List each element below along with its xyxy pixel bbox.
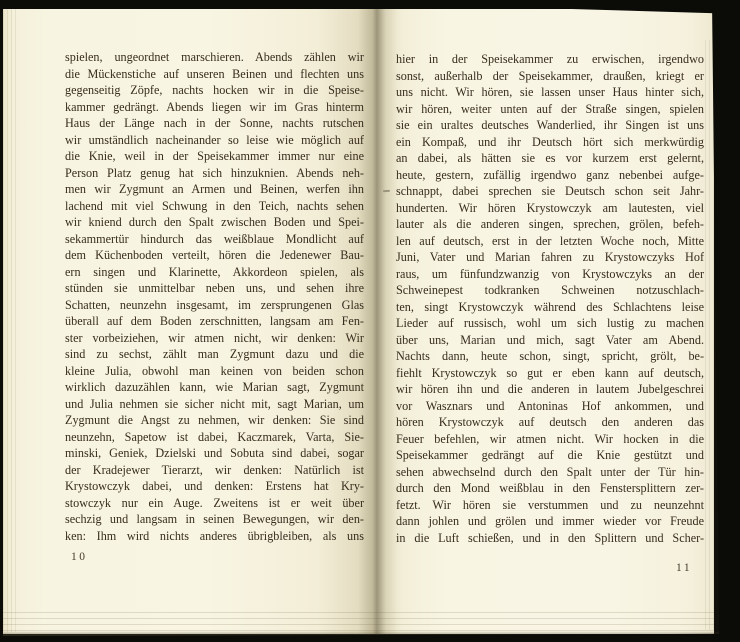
- text-line: Zygmunt die Angst zu nehmen, wir denken:…: [65, 412, 364, 429]
- text-line: durch den Mond weißblau in den Fenstersp…: [396, 480, 704, 497]
- text-line: men wir Zygmunt an Armen und Beinen, wer…: [65, 181, 364, 198]
- text-line: an dabei, als hätten sie es vor kurzem e…: [396, 150, 704, 167]
- text-line: überall auf dem Boden zerschnitten, lang…: [65, 313, 364, 330]
- text-line: fiehlt Krystowczyk so gut er eben kann a…: [396, 365, 704, 382]
- text-line: ster vorbeiziehen, wir atmen nicht, wir …: [65, 330, 364, 347]
- text-line: Krystowczyk dabei, und denken: Erstens h…: [65, 478, 364, 495]
- text-line: Speisekammer gedrängt auf die Knie gestü…: [396, 447, 704, 464]
- photo-border-left: [0, 0, 3, 642]
- right-fore-edge-pages: [705, 40, 714, 630]
- text-line: Schatten, neunzehn insgesamt, im zerspru…: [65, 297, 364, 314]
- text-line: sehen abwechselnd durch den Spalt unter …: [396, 464, 704, 481]
- text-line: ein Kompaß, und ihr Deutsch hört sich me…: [396, 134, 704, 151]
- left-fore-edge-pages: [3, 8, 17, 632]
- text-line: Lieder auf russisch, wohl um sich lustig…: [396, 315, 704, 332]
- text-line: wir hören ihn und die anderen in lautem …: [396, 381, 704, 398]
- text-line: raus, um fünfundzwanzig von Krystowczyks…: [396, 266, 704, 283]
- text-line: ten, singt Krystowczyk während des Schla…: [396, 299, 704, 316]
- text-line: Schweinepest todkranken Schweinen notzus…: [396, 282, 704, 299]
- text-line: stünden sie unmittelbar neben uns, und s…: [65, 280, 364, 297]
- photo-border-right: [712, 0, 740, 642]
- page-number-left: 10: [71, 551, 88, 563]
- text-line: kammer gedrängt. Abends liegen wir im Gr…: [65, 99, 364, 116]
- text-line: len auf deutsch, erst in der letzten Woc…: [396, 233, 704, 250]
- text-line: kleine Julia, obwohl man keinen von beid…: [65, 363, 364, 380]
- text-line: dann johlen und grölen und immer wieder …: [396, 513, 704, 530]
- text-line: ern singen und Klarinette, Akkordeon spi…: [65, 264, 364, 281]
- text-line: wirklich dazuzählen kann, wie Marian sag…: [65, 379, 364, 396]
- text-line: über uns, Marian und mich, sagt Vater am…: [396, 332, 704, 349]
- text-line: minski, Geniek, Dzielski und Sobuta sind…: [65, 445, 364, 462]
- bottom-page-stack: [3, 607, 714, 633]
- text-line: spielen, ungeordnet marschieren. Abends …: [65, 49, 364, 66]
- page-number-right: 11: [676, 562, 692, 574]
- text-line: sekammertür hindurch das weißblaue Mondl…: [65, 231, 364, 248]
- text-line: dem Küchenboden verteilt, hören die Jede…: [65, 247, 364, 264]
- text-line: lachend mit viel Schwung in den Teich, n…: [65, 198, 364, 215]
- text-line: uns nicht. Wir hören, sie lassen unser H…: [396, 84, 704, 101]
- text-line: hier in der Speisekammer zu erwischen, i…: [396, 51, 704, 68]
- text-line: die Knie, weil in der Speisekammer immer…: [65, 148, 364, 165]
- text-line: lauter als die anderen singen, sprechen,…: [396, 216, 704, 233]
- right-page-text: hier in der Speisekammer zu erwischen, i…: [396, 51, 704, 546]
- text-line: wir umständlich nacheinander so leise wi…: [65, 132, 364, 149]
- text-line: wir kniend durch den Spalt zwischen Bode…: [65, 214, 364, 231]
- text-line: sonst, außerhalb der Speisekammer, drauß…: [396, 68, 704, 85]
- text-line: stowczyk nur ein Auge. Zweitens ist er w…: [65, 495, 364, 512]
- text-line: schnappt, dabei sprechen sie Deutsch sch…: [396, 183, 704, 200]
- text-line: ken: Ihm wird nichts anderes übrigbleibe…: [65, 528, 364, 545]
- text-line: sind zu sechst, zählt man Zygmunt dazu u…: [65, 346, 364, 363]
- text-line: hunderten. Wir hören Krystowczyk am laut…: [396, 200, 704, 217]
- text-line: wir hören, weiter unten auf der Straße s…: [396, 101, 704, 118]
- text-line: Juni, Vater und Marian fahren zu Krystow…: [396, 249, 704, 266]
- text-line: gegenseitig Zöpfe, nachts hocken wir in …: [65, 82, 364, 99]
- text-line: in die Luft schießen, und in den Splitte…: [396, 530, 704, 547]
- text-line: sie ein uraltes deutsches Wanderlied, ih…: [396, 117, 704, 134]
- text-line: Person Platz genug hat sich hinzuknien. …: [65, 165, 364, 182]
- text-line: die Mückenstiche auf unseren Beinen und …: [65, 66, 364, 83]
- text-line: sechzig und langsam in seinen Bewegungen…: [65, 511, 364, 528]
- text-line: und Julia nehmen sie sicher nicht mit, s…: [65, 396, 364, 413]
- text-line: fetzt. Wir hören sie verstummen und zu n…: [396, 497, 704, 514]
- text-line: Nachts dann, heute schon, singt, spricht…: [396, 348, 704, 365]
- text-line: hören Krystowczyk auf deutsch den andere…: [396, 414, 704, 431]
- text-line: vor Wasznars und Antoninas Hof ankommen,…: [396, 398, 704, 415]
- text-line: neunzehn, Sapetow ist dabei, Kaczmarek, …: [65, 429, 364, 446]
- left-page-text: spielen, ungeordnet marschieren. Abends …: [65, 49, 364, 544]
- text-line: der Kradejewer Tierarzt, wir denken: Nat…: [65, 462, 364, 479]
- text-line: Feuer befehlen, wir atmen nicht. Wir hoc…: [396, 431, 704, 448]
- text-line: Haus der Länge nach in der Sonne, nachts…: [65, 115, 364, 132]
- text-line: heute, gestern, zufällig irgendwo ganz n…: [396, 167, 704, 184]
